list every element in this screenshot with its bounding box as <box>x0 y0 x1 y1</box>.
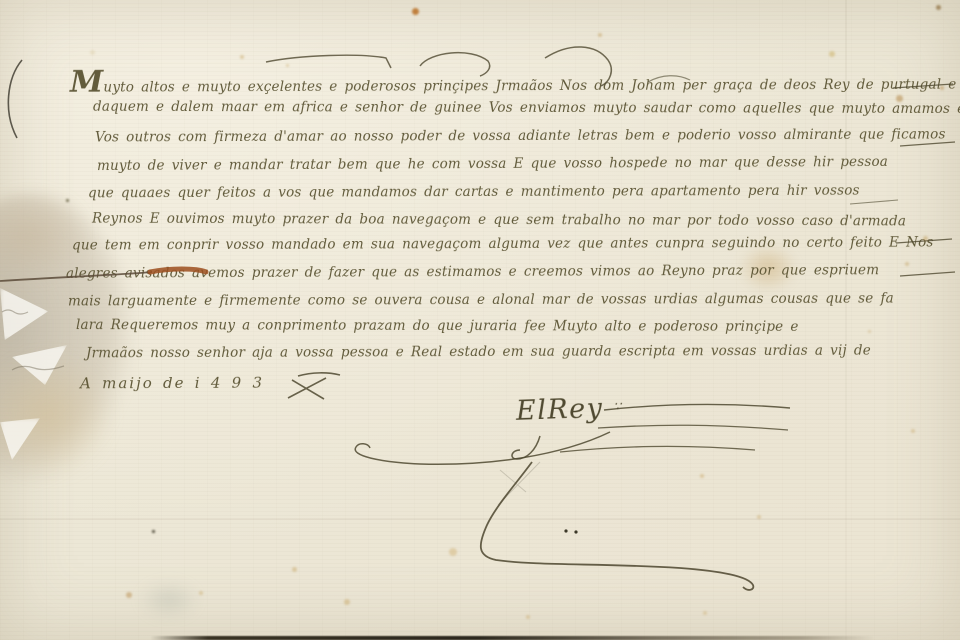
manuscript-line: mais larguamente e firmemente como se ou… <box>68 291 894 310</box>
manuscript-line: Vos outros com firmeza d'amar ao nosso p… <box>95 127 946 146</box>
foxing-spot <box>829 51 835 57</box>
foxing-spot <box>412 8 419 15</box>
manuscript-line: Reynos E ouvimos muyto prazer da boa nav… <box>92 211 906 230</box>
stain-light-patch <box>0 288 48 340</box>
foxing-spot <box>757 515 761 519</box>
manuscript-line: lara Requeremos muy a conprimento prazam… <box>76 317 799 335</box>
manuscript-line: daquem e dalem maar em africa e senhor d… <box>93 99 960 118</box>
manuscript-line: que quaaes quer feitos a vos que mandamo… <box>88 183 860 202</box>
foxing-spot <box>868 330 871 333</box>
foxing-spot <box>700 474 704 478</box>
bottom-edge-shadow <box>150 636 875 640</box>
foxing-spot <box>936 5 941 10</box>
foxing-spot <box>286 64 289 67</box>
foxing-spot <box>526 615 530 619</box>
foxing-spot <box>126 592 132 598</box>
ink-dot <box>564 529 567 532</box>
paper-crease-horizontal <box>0 518 960 520</box>
ink-dot <box>574 530 577 533</box>
foxing-spot <box>199 591 203 595</box>
paper-crease-vertical <box>845 0 847 640</box>
signature-descender-loop <box>512 436 540 459</box>
line-end-stroke <box>850 200 898 204</box>
signature-flourish <box>598 425 788 430</box>
signature-text: ElRey <box>515 393 603 427</box>
left-stain-tan-blob <box>0 350 115 480</box>
manuscript-line: Muyto altos e muyto exçelentes e poderos… <box>70 68 960 96</box>
foxing-spot <box>344 599 350 605</box>
bottom-smudge <box>138 580 200 620</box>
foxing-spot <box>598 33 602 37</box>
date-line: A maijo de i 4 9 3 <box>80 374 264 393</box>
manuscript-line: que tem em conprir vosso mandado em sua … <box>72 234 934 253</box>
foxing-spot <box>90 50 95 55</box>
stain-light-patch <box>0 418 40 460</box>
manuscript-scan: Muyto altos e muyto exçelentes e poderos… <box>0 0 960 640</box>
foxing-spot <box>905 262 909 266</box>
foxing-spot <box>911 429 915 433</box>
foxing-spot <box>703 611 707 615</box>
foxing-spot <box>240 55 244 59</box>
royal-signature: ElRey ∵ <box>516 394 622 425</box>
foxing-spot <box>292 567 297 572</box>
pencil-mark <box>498 462 540 505</box>
foxing-spot <box>940 86 944 90</box>
foxing-spot <box>896 95 903 102</box>
manuscript-line: Jrmaãos nosso senhor aja a vossa pessoa … <box>86 343 871 362</box>
signature-flourish <box>604 404 790 410</box>
manuscript-line: alegres avisados avemos prazer de fazer … <box>66 262 879 282</box>
signature-dots: ∵ <box>613 399 621 413</box>
foxing-spot <box>152 530 155 533</box>
stain-light-patch <box>12 345 67 385</box>
signature-flourish <box>560 446 755 452</box>
manuscript-line: muyto de viver e mandar tratar bem que h… <box>97 154 888 174</box>
foxing-spot <box>66 199 69 202</box>
margin-arc <box>8 60 22 138</box>
foxing-spot <box>449 548 457 556</box>
bottom-flourish <box>481 462 754 590</box>
signature-underline <box>355 432 610 464</box>
date-end-mark <box>288 373 340 399</box>
foxing-spot <box>923 236 928 241</box>
overhead-swash <box>266 55 391 68</box>
line-end-stroke <box>900 272 955 276</box>
